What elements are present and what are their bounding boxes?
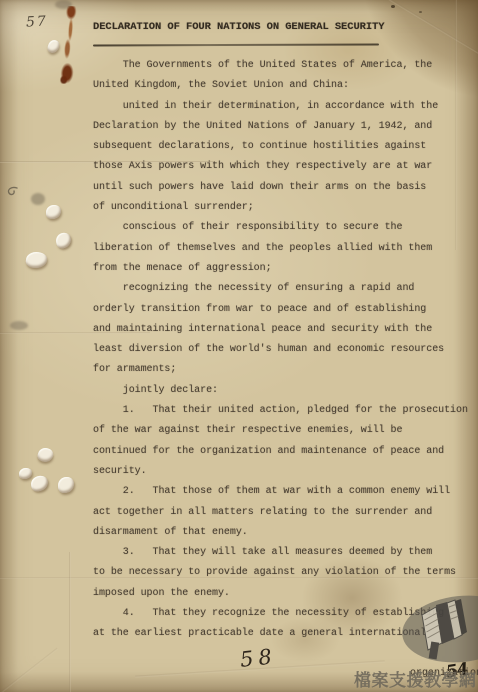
pencil-mark — [5, 184, 21, 200]
paper-hole — [36, 446, 55, 464]
document-title: DECLARATION OF FOUR NATIONS ON GENERAL S… — [93, 21, 384, 33]
rust-stain — [56, 5, 79, 84]
crease-vertical-left — [69, 552, 71, 692]
archive-books-logo-icon — [414, 597, 472, 661]
crease-diagonal-bottom-left — [0, 648, 58, 692]
typed-line: Declaration by the United Nations of Jan… — [93, 117, 475, 137]
typed-line: those Axis powers with which they respec… — [93, 157, 475, 177]
typed-line: 2. That those of them at war with a comm… — [93, 482, 475, 502]
smudge-left-mid — [10, 321, 28, 330]
watermark-site-name: 檔案支援教學網 — [354, 666, 477, 691]
typed-line: least diversion of the world's human and… — [93, 340, 475, 360]
paper-hole — [19, 468, 32, 479]
typed-line: 3. That they will take all measures deem… — [93, 543, 475, 563]
typed-line: act together in all matters relating to … — [93, 503, 475, 523]
paper-hole — [46, 205, 61, 219]
ink-speck-top-2 — [419, 11, 422, 13]
typed-line: The Governments of the United States of … — [93, 56, 475, 76]
smudge-left-upper — [31, 193, 45, 205]
ink-speck-top — [391, 5, 395, 8]
typed-line: disarmament of that enemy. — [93, 523, 475, 543]
typed-line: orderly transition from war to peace and… — [93, 300, 475, 320]
paper-hole — [55, 232, 72, 249]
scanned-document-page: 57 58 54 DECLARATION OF FOUR NATIONS ON … — [0, 0, 478, 692]
typed-line: continued for the organization and maint… — [93, 442, 475, 462]
paper-hole — [30, 475, 49, 492]
typed-line: 1. That their united action, pledged for… — [93, 401, 475, 421]
typed-line: subsequent declarations, to continue hos… — [93, 137, 475, 157]
document-body: The Governments of the United States of … — [93, 56, 475, 645]
typed-line: to be necessary to provide against any v… — [93, 563, 475, 583]
typed-line: liberation of themselves and the peoples… — [93, 239, 475, 259]
typed-line: security. — [93, 462, 475, 482]
smudge-above-rust — [55, 0, 72, 9]
typed-line: and maintaining international peace and … — [93, 320, 475, 340]
typed-line: of unconditional surrender; — [93, 198, 475, 218]
page-number-top-left: 57 — [26, 13, 49, 30]
typed-line: United Kingdom, the Soviet Union and Chi… — [93, 76, 475, 96]
typed-line: conscious of their responsibility to sec… — [93, 218, 475, 238]
typed-line: united in their determination, in accord… — [93, 97, 475, 117]
typed-line: jointly declare: — [93, 381, 475, 401]
title-underline — [93, 44, 379, 47]
paper-hole — [58, 477, 74, 493]
typed-line: from the menace of aggression; — [93, 259, 475, 279]
paper-hole — [25, 251, 48, 269]
typed-line: of the war against their respective enem… — [93, 421, 475, 441]
typed-line: until such powers have laid down their a… — [93, 178, 475, 198]
typed-line: recognizing the necessity of ensuring a … — [93, 279, 475, 299]
page-number-bottom-center: 58 — [239, 644, 278, 672]
typed-line: for armaments; — [93, 360, 475, 380]
